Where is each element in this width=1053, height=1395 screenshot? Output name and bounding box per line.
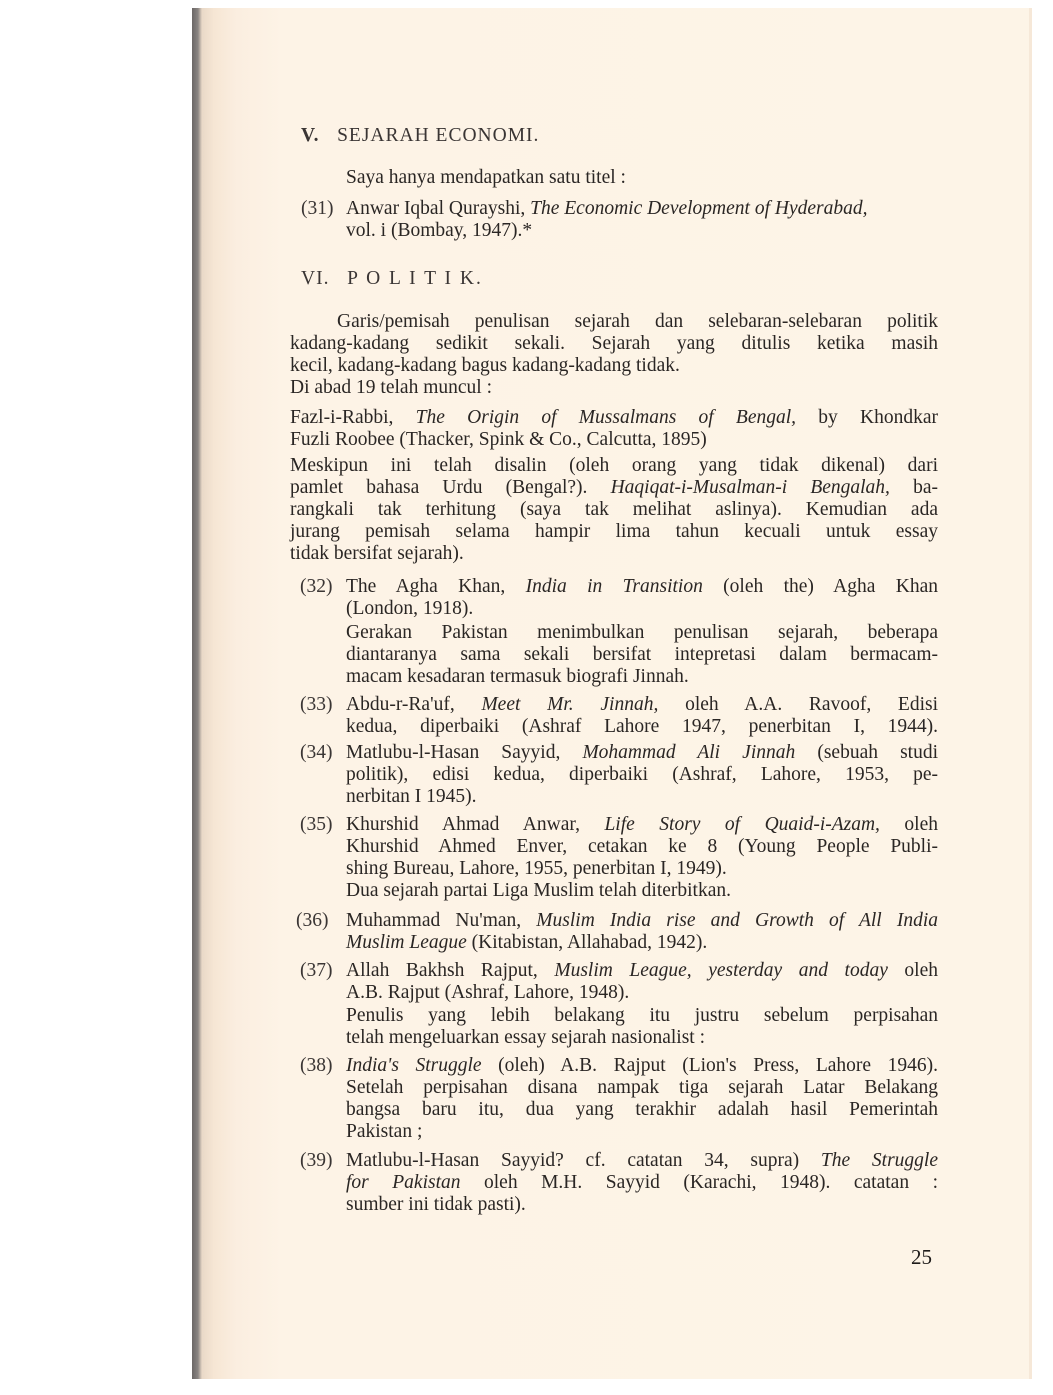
entry-33-byline: oleh A.A. Ravoof, Edisi bbox=[658, 694, 938, 715]
section-vi-number: VI. bbox=[301, 268, 329, 289]
entry-33-line1: Abdu-r-Ra'uf, Meet Mr. Jinnah, oleh A.A.… bbox=[346, 694, 938, 717]
entry-39-author: Matlubu-l-Hasan Sayyid? cf. catatan 34, … bbox=[346, 1150, 821, 1171]
entry-36-publisher: (Kitabistan, Allahabad, 1942). bbox=[467, 932, 707, 953]
fazl-author: Fazl-i-Rabbi, bbox=[290, 407, 416, 428]
entry-38-title: India's Struggle bbox=[346, 1055, 482, 1076]
entry-39-line3: sumber ini tidak pasti). bbox=[346, 1194, 526, 1217]
scanned-book-page: V. SEJARAH ECONOMI. Saya hanya mendapatk… bbox=[192, 8, 1032, 1379]
section-v-heading: V. SEJARAH ECONOMI. bbox=[301, 125, 539, 148]
entry-36-author: Muhammad Nu'man, bbox=[346, 910, 536, 931]
entry-32-line2: (London, 1918). bbox=[346, 598, 473, 621]
entry-35-note: Dua sejarah partai Liga Muslim telah dit… bbox=[346, 880, 731, 903]
entry-37-line1: Allah Bakhsh Rajput, Muslim League, yest… bbox=[346, 960, 938, 983]
entry-number-35: (35) bbox=[300, 814, 333, 837]
para2-italic-title: Haqiqat-i-Musalman-i Bengalah, bbox=[611, 477, 890, 498]
entry-31-title: The Economic Development of Hyderabad, bbox=[530, 198, 867, 219]
entry-32-note-line1: Gerakan Pakistan menimbulkan penulisan s… bbox=[346, 622, 938, 645]
fazl-entry-line2: Fuzli Roobee (Thacker, Spink & Co., Calc… bbox=[290, 429, 707, 452]
entry-39-line2: for Pakistan oleh M.H. Sayyid (Karachi, … bbox=[346, 1172, 938, 1195]
entry-32-byline: (oleh the) Agha Khan bbox=[703, 576, 938, 597]
entry-34-line2: politik), edisi kedua, diperbaiki (Ashra… bbox=[346, 764, 938, 787]
section-vi-title: P O L I T I K. bbox=[347, 268, 483, 289]
entry-36-line2: Muslim League (Kitabistan, Allahabad, 19… bbox=[346, 932, 707, 955]
entry-34-author: Matlubu-l-Hasan Sayyid, bbox=[346, 742, 582, 763]
entry-number-33: (33) bbox=[300, 694, 333, 717]
section-v-number: V. bbox=[301, 125, 319, 146]
entry-38-line1: India's Struggle (oleh) A.B. Rajput (Lio… bbox=[346, 1055, 938, 1078]
para1-line4: Di abad 19 telah muncul : bbox=[290, 377, 492, 400]
para2-line2-end: ba- bbox=[890, 477, 938, 498]
entry-36-line1: Muhammad Nu'man, Muslim India rise and G… bbox=[346, 910, 938, 933]
entry-39-title-cont: for Pakistan bbox=[346, 1172, 461, 1193]
para1-line2: kadang-kadang sedikit sekali. Sejarah ya… bbox=[290, 333, 938, 356]
entry-35-line2: Khurshid Ahmed Enver, cetakan ke 8 (Youn… bbox=[346, 836, 938, 859]
page-number: 25 bbox=[911, 1245, 932, 1270]
entry-35-line1: Khurshid Ahmad Anwar, Life Story of Quai… bbox=[346, 814, 938, 837]
entry-35-title: Life Story of Quaid-i-Azam, bbox=[604, 814, 879, 835]
entry-34-line3: nerbitan I 1945). bbox=[346, 786, 477, 809]
entry-37-note-line1: Penulis yang lebih belakang itu justru s… bbox=[346, 1005, 938, 1028]
entry-37-author: Allah Bakhsh Rajput, bbox=[346, 960, 554, 981]
entry-32-note-line3: macam kesadaran termasuk biografi Jinnah… bbox=[346, 666, 689, 689]
para2-line2-text: pamlet bahasa Urdu (Bengal?). bbox=[290, 477, 611, 498]
entry-number-32: (32) bbox=[300, 576, 333, 599]
page-text-body: V. SEJARAH ECONOMI. Saya hanya mendapatk… bbox=[192, 8, 1032, 1379]
entry-number-37: (37) bbox=[300, 960, 333, 983]
entry-37-title: Muslim League, yesterday and today bbox=[554, 960, 888, 981]
entry-34-title: Mohammad Ali Jinnah bbox=[582, 742, 795, 763]
entry-37-byline: oleh bbox=[888, 960, 938, 981]
entry-number-34: (34) bbox=[300, 742, 333, 765]
entry-number-31: (31) bbox=[301, 198, 334, 221]
section-vi-heading: VI. P O L I T I K. bbox=[301, 268, 483, 291]
entry-39-byline: oleh M.H. Sayyid (Karachi, 1948). catata… bbox=[461, 1172, 939, 1193]
entry-32-line1: The Agha Khan, India in Transition (oleh… bbox=[346, 576, 938, 599]
entry-38-note-line3: Pakistan ; bbox=[346, 1121, 422, 1144]
entry-35-author: Khurshid Ahmad Anwar, bbox=[346, 814, 604, 835]
para1-line1: Garis/pemisah penulisan sejarah dan sele… bbox=[337, 311, 938, 334]
entry-33-author: Abdu-r-Ra'uf, bbox=[346, 694, 481, 715]
entry-number-38: (38) bbox=[300, 1055, 333, 1078]
para2-line4: jurang pemisah selama hampir lima tahun … bbox=[290, 521, 938, 544]
entry-32-title: India in Transition bbox=[526, 576, 703, 597]
entry-32-note-line2: diantaranya sama sekali bersifat intepre… bbox=[346, 644, 938, 667]
entry-number-36: (36) bbox=[296, 910, 329, 933]
entry-34-subtitle: (sebuah studi bbox=[795, 742, 938, 763]
entry-38-note-line2: bangsa baru itu, dua yang terakhir adala… bbox=[346, 1099, 938, 1122]
entry-33-title: Meet Mr. Jinnah, bbox=[481, 694, 658, 715]
entry-39-title: The Struggle bbox=[821, 1150, 938, 1171]
entry-38-note-line1: Setelah perpisahan disana nampak tiga se… bbox=[346, 1077, 938, 1100]
entry-31-line1: Anwar Iqbal Qurayshi, The Economic Devel… bbox=[346, 198, 940, 221]
para2-line5: tidak bersifat sejarah). bbox=[290, 543, 464, 566]
entry-31-line2: vol. i (Bombay, 1947).* bbox=[346, 220, 532, 243]
para2-line3: rangkali tak terhitung (saya tak melihat… bbox=[290, 499, 938, 522]
entry-38-byline: (oleh) A.B. Rajput (Lion's Press, Lahore… bbox=[482, 1055, 938, 1076]
entry-35-line3: shing Bureau, Lahore, 1955, penerbitan I… bbox=[346, 858, 727, 881]
entry-36-title: Muslim India rise and Growth of All Indi… bbox=[536, 910, 938, 931]
section-v-intro: Saya hanya mendapatkan satu titel : bbox=[346, 167, 626, 190]
fazl-byline: by Khondkar bbox=[796, 407, 938, 428]
entry-33-line2: kedua, diperbaiki (Ashraf Lahore 1947, p… bbox=[346, 716, 938, 739]
entry-37-note-line2: telah mengeluarkan essay sejarah nasiona… bbox=[346, 1027, 705, 1050]
para2-line1: Meskipun ini telah disalin (oleh orang y… bbox=[290, 455, 938, 478]
fazl-title: The Origin of Mussalmans of Bengal, bbox=[416, 407, 796, 428]
entry-34-line1: Matlubu-l-Hasan Sayyid, Mohammad Ali Jin… bbox=[346, 742, 938, 765]
para2-line2: pamlet bahasa Urdu (Bengal?). Haqiqat-i-… bbox=[290, 477, 938, 500]
para1-line3: kecil, kadang-kadang bagus kadang-kadang… bbox=[290, 355, 680, 378]
section-v-title: SEJARAH ECONOMI. bbox=[337, 125, 539, 146]
entry-35-byline: oleh bbox=[880, 814, 938, 835]
entry-37-line2: A.B. Rajput (Ashraf, Lahore, 1948). bbox=[346, 982, 629, 1005]
entry-number-39: (39) bbox=[300, 1150, 333, 1173]
entry-32-author: The Agha Khan, bbox=[346, 576, 526, 597]
entry-31-author: Anwar Iqbal Qurayshi, bbox=[346, 198, 530, 219]
entry-39-line1: Matlubu-l-Hasan Sayyid? cf. catatan 34, … bbox=[346, 1150, 938, 1173]
fazl-entry-line1: Fazl-i-Rabbi, The Origin of Mussalmans o… bbox=[290, 407, 938, 430]
entry-36-title-cont: Muslim League bbox=[346, 932, 467, 953]
